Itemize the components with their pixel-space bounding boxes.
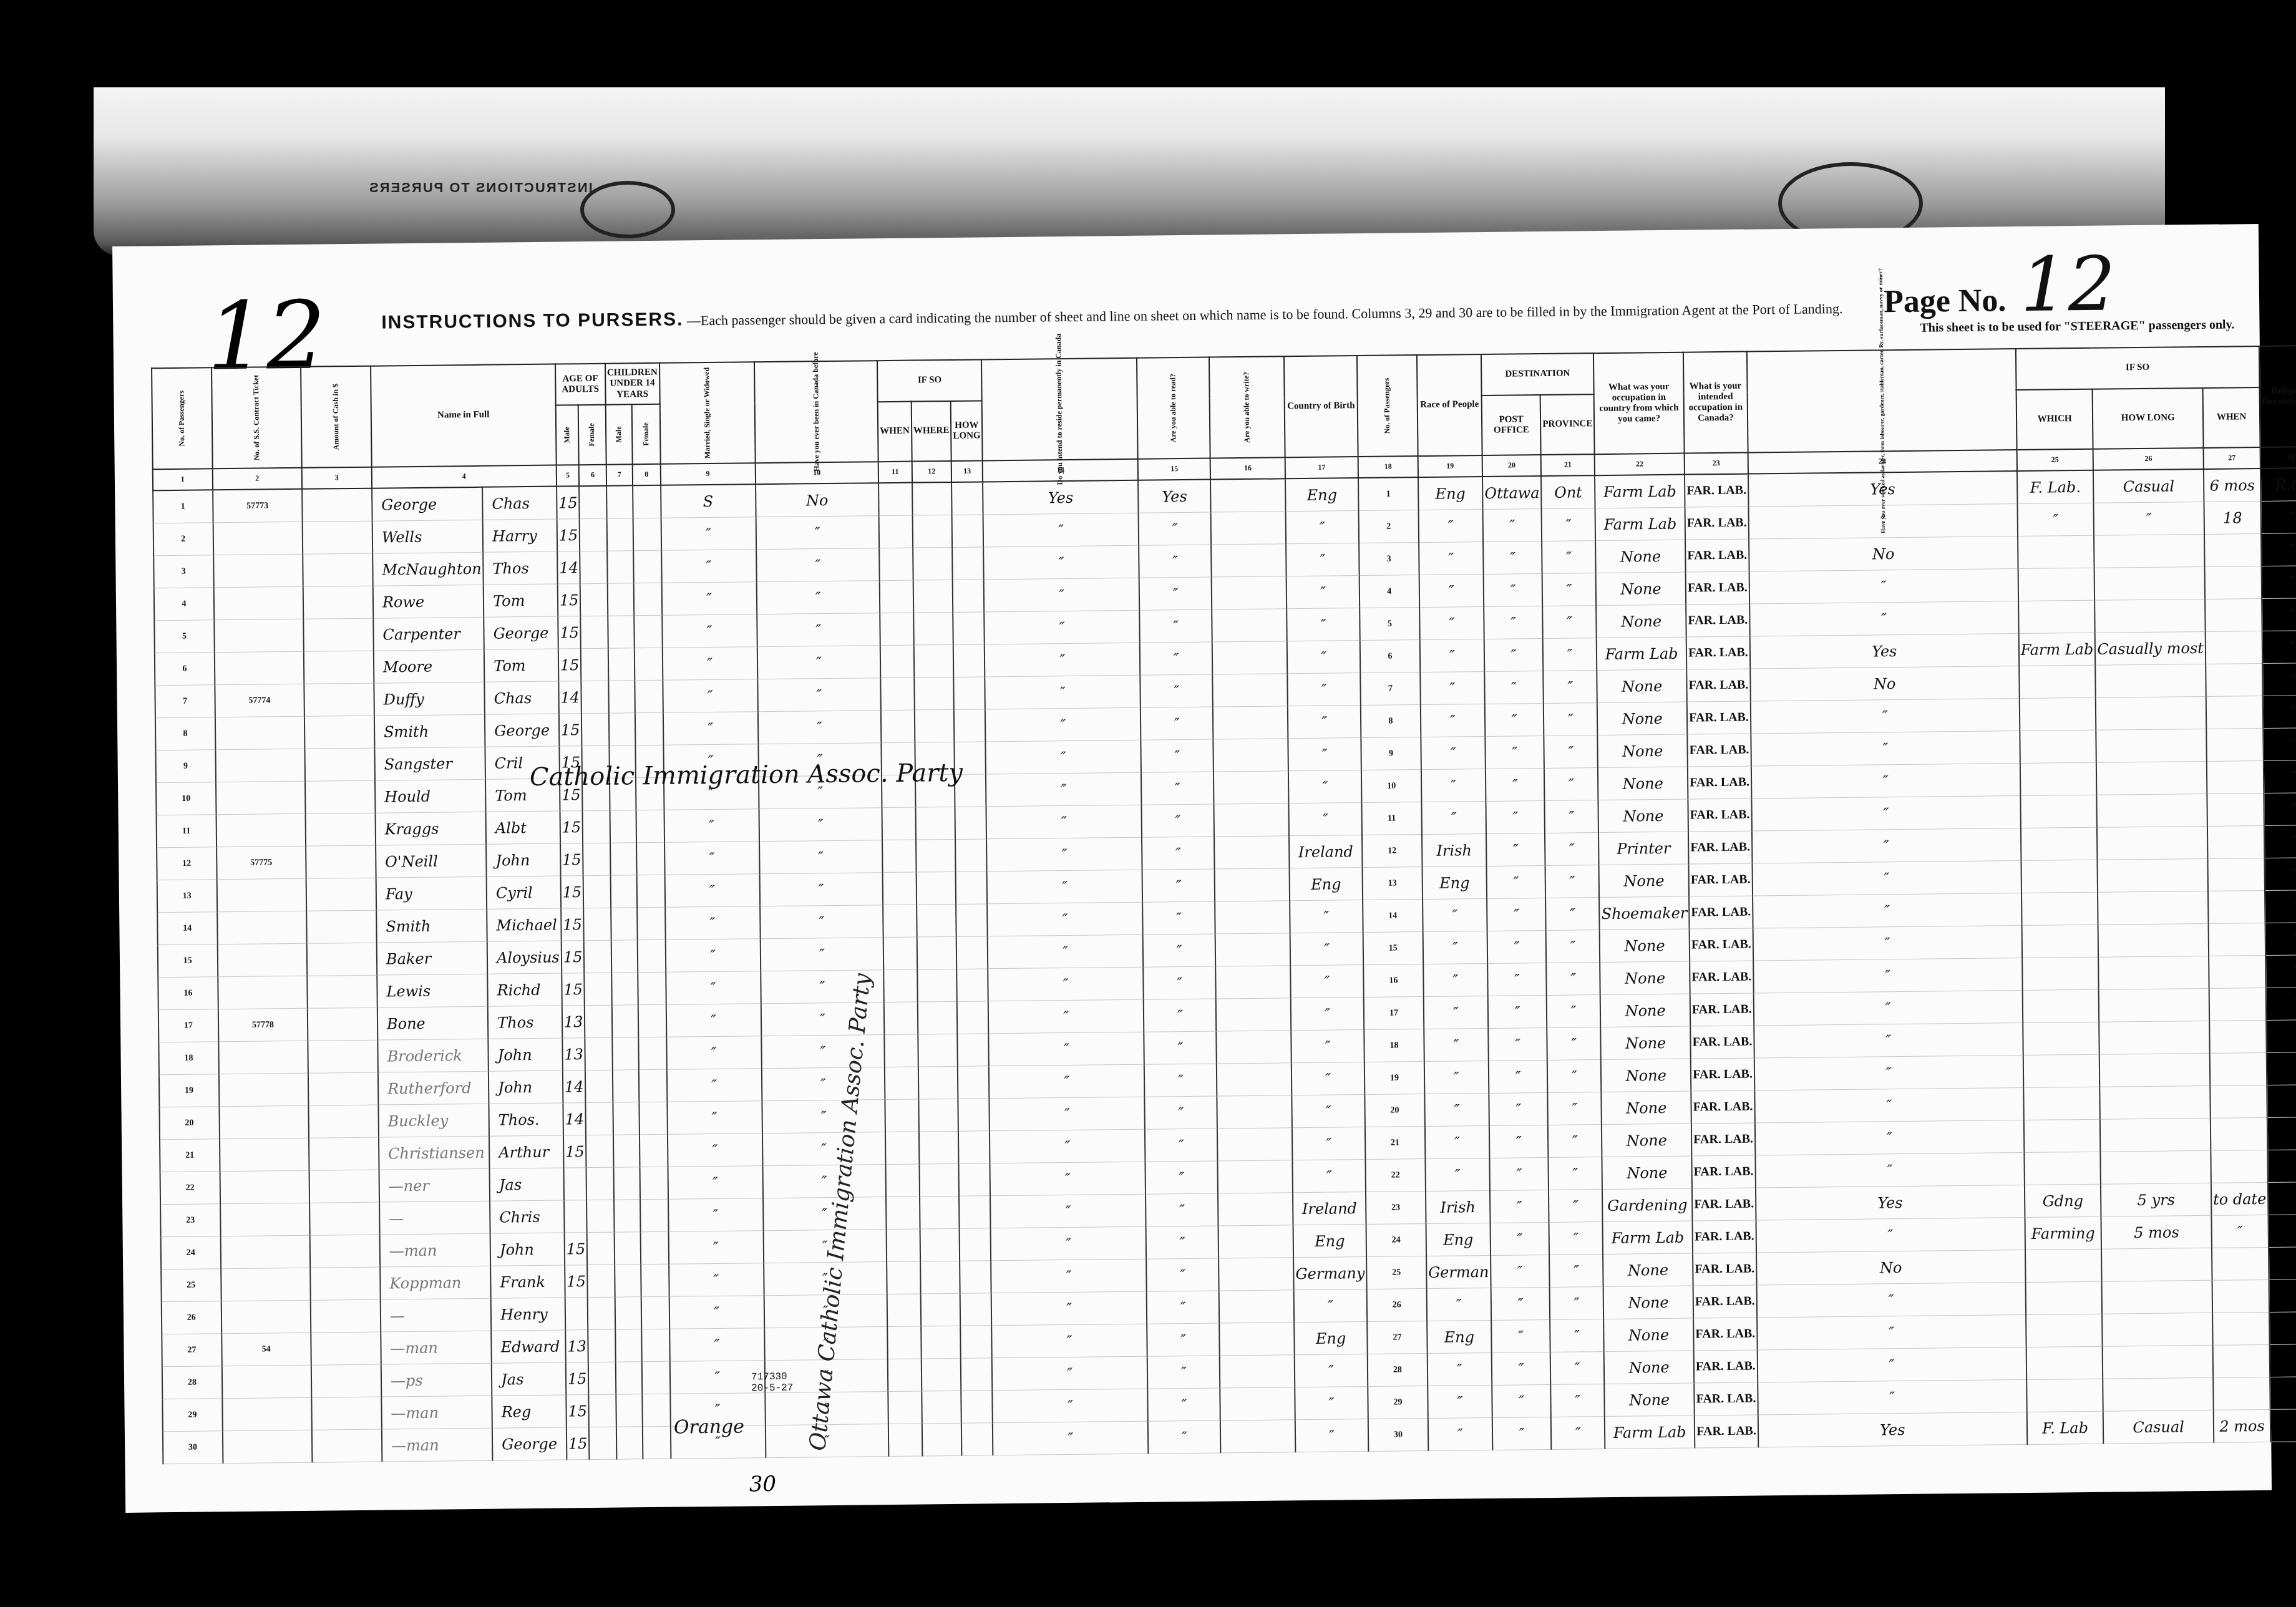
- cell-given: George: [492, 1427, 567, 1460]
- col-header-name: Name in Full: [371, 364, 557, 467]
- cell-age: 13: [562, 1006, 585, 1038]
- cell-empty: [913, 644, 953, 677]
- cell-which: [2023, 1087, 2100, 1120]
- cell-post-office: ″: [1483, 541, 1542, 575]
- cell-intended-occ: FAR. LAB.: [1685, 507, 1749, 540]
- cell-empty: [640, 1167, 668, 1199]
- cell-line: 15: [1363, 932, 1423, 965]
- cell-empty: [957, 1001, 989, 1034]
- cell-worked: ″: [1756, 1217, 2025, 1253]
- cell-line: 24: [161, 1236, 221, 1270]
- cell-when: [2209, 988, 2267, 1021]
- cell-given: George: [485, 714, 559, 747]
- cell-prev-occ: None: [1598, 767, 1688, 800]
- cell-empty: [634, 583, 662, 615]
- cell-empty: [607, 583, 634, 616]
- cell-empty: [1211, 544, 1286, 577]
- cell-worked: ″: [1754, 1056, 2023, 1091]
- cell-race: ″: [1427, 1352, 1492, 1386]
- cell-which: [2021, 860, 2098, 893]
- cell-empty: [1212, 576, 1287, 609]
- cell-read: ″: [1140, 674, 1213, 707]
- cell-ticket: [223, 1430, 313, 1463]
- cell-status: ″: [662, 647, 757, 681]
- cell-empty: [638, 1004, 666, 1037]
- cell-status: ″: [666, 1069, 762, 1102]
- cell-status: ″: [663, 712, 758, 745]
- cell-surname: —: [379, 1201, 490, 1235]
- cell-worked: ″: [1751, 796, 2020, 832]
- cell-surname: Smith: [374, 714, 485, 748]
- cell-ticket: 57778: [218, 1008, 308, 1041]
- cell-read: ″: [1141, 772, 1214, 805]
- cell-religion: ″: [2264, 825, 2296, 858]
- cell-empty: [635, 648, 663, 680]
- col-header-2: No. of S.S. Contract Ticket: [212, 367, 302, 469]
- cell-empty: [953, 644, 985, 677]
- cell-empty: [888, 1424, 922, 1457]
- cell-religion: ″: [2262, 663, 2296, 696]
- cell-empty: [920, 1196, 960, 1229]
- cell-how-long: Casually most: [2095, 631, 2206, 665]
- cell-empty: [951, 482, 983, 515]
- cell-given: Chris: [490, 1200, 564, 1233]
- cell-line: 30: [1368, 1419, 1428, 1452]
- cell-given: Albt: [486, 811, 560, 844]
- cell-empty: [608, 616, 635, 648]
- cell-post-office: ″: [1491, 1287, 1550, 1320]
- cell-empty: [641, 1264, 669, 1296]
- cell-race: ″: [1428, 1417, 1493, 1450]
- cell-line: 29: [1368, 1386, 1428, 1419]
- cell-status: ″: [664, 809, 759, 843]
- cell-how-long: [2098, 891, 2208, 925]
- cell-given: Chas: [482, 487, 557, 520]
- cell-age: 15: [562, 973, 585, 1006]
- cell-empty: [919, 1163, 959, 1197]
- cell-empty: [953, 580, 985, 613]
- cell-race: ″: [1423, 898, 1487, 931]
- cell-line: 10: [156, 782, 216, 815]
- cell-race: Eng: [1422, 866, 1487, 899]
- cell-how-long: [2102, 1280, 2212, 1314]
- cell-religion: ″: [2265, 954, 2296, 988]
- cell-line: 20: [159, 1107, 219, 1140]
- cell-age: 15: [560, 876, 583, 908]
- col-number-3: 3: [302, 467, 372, 489]
- cell-country: ″: [1286, 511, 1359, 544]
- col-number-19: 19: [1418, 455, 1482, 477]
- cell-intended-occ: FAR. LAB.: [1688, 766, 1751, 799]
- cell-ticket: [220, 1138, 309, 1171]
- cell-intend: ″: [990, 1194, 1146, 1228]
- cell-empty: [920, 1261, 960, 1294]
- cell-empty: [960, 1293, 992, 1326]
- cell-country: ″: [1291, 1062, 1364, 1095]
- cell-empty: [887, 1229, 920, 1262]
- cell-before: No: [756, 483, 879, 517]
- cell-empty: [641, 1296, 669, 1329]
- cell-given: George: [484, 616, 558, 649]
- cell-line: 17: [158, 1009, 218, 1042]
- cell-read: ″: [1142, 901, 1215, 935]
- cell-status: ″: [668, 1166, 763, 1200]
- cell-surname: Broderick: [377, 1039, 489, 1072]
- cell-age: [564, 1200, 587, 1233]
- cell-when: [2207, 825, 2265, 858]
- cell-when: [2206, 631, 2263, 664]
- col-header-20: POST OFFICE: [1482, 395, 1541, 455]
- col-header-23: What is your intended occupation in Cana…: [1683, 352, 1748, 454]
- cell-empty: [1214, 739, 1288, 772]
- cell-line: 6: [155, 653, 215, 686]
- cell-worked: No: [1750, 666, 2019, 702]
- cell-ticket: [222, 1397, 312, 1430]
- cell-empty: [581, 648, 608, 681]
- instructions-title: INSTRUCTIONS TO PURSERS.: [381, 309, 683, 333]
- cell-line: 5: [1360, 608, 1419, 641]
- cell-intend: ″: [992, 1356, 1147, 1391]
- cell-empty: [1218, 1160, 1293, 1193]
- cell-empty: [586, 1167, 614, 1200]
- cell-province: ″: [1549, 1255, 1603, 1288]
- cell-empty: [917, 969, 957, 1002]
- cell-intend: ″: [988, 935, 1143, 969]
- col-header-11: WHEN: [878, 402, 912, 462]
- cell-ticket: [216, 813, 306, 847]
- col-header-13: HOW LONG: [951, 401, 983, 461]
- cell-empty: [611, 940, 638, 973]
- cell-before: ″: [763, 1197, 887, 1231]
- cell-ticket: [217, 943, 307, 976]
- cell-line: 21: [1365, 1127, 1425, 1160]
- cell-age: 13: [565, 1330, 588, 1362]
- cell-intend: ″: [989, 1032, 1144, 1066]
- cell-empty: [880, 580, 913, 613]
- cell-line: 15: [158, 944, 218, 978]
- cell-post-office: ″: [1485, 736, 1544, 769]
- cell-status: ″: [662, 614, 757, 648]
- cell-how-long: [2096, 761, 2207, 795]
- cell-province: Ont: [1541, 475, 1595, 508]
- cell-line: 23: [1366, 1192, 1426, 1225]
- cell-intend: ″: [993, 1421, 1148, 1455]
- cell-province: ″: [1545, 800, 1599, 833]
- page-number-label: Page No.: [1884, 283, 2007, 319]
- cell-which: [2020, 730, 2096, 763]
- col-number-27: 27: [2204, 447, 2261, 469]
- cell-religion: ″: [2267, 1084, 2296, 1117]
- cell-province: ″: [1549, 1190, 1603, 1223]
- cell-which: ″: [2017, 503, 2094, 536]
- cell-empty: [610, 810, 636, 843]
- cell-which: F. Lab: [2026, 1411, 2103, 1444]
- instructions-to-pursers: INSTRUCTIONS TO PURSERS. —Each passenger…: [381, 297, 1842, 334]
- oval-stamp-faint: [580, 181, 675, 238]
- passenger-manifest-table: No. of Passengers No. of S.S. Contract T…: [151, 342, 2296, 1464]
- cell-empty: [584, 940, 611, 973]
- cell-country: Ireland: [1289, 835, 1362, 868]
- cell-empty: [1220, 1420, 1295, 1453]
- cell-age: 15: [565, 1265, 588, 1298]
- cell-age: 15: [563, 1135, 586, 1168]
- cell-age: 14: [563, 1103, 586, 1135]
- cell-worked: Yes: [1756, 1185, 2025, 1220]
- cell-prev-occ: None: [1604, 1351, 1694, 1384]
- cell-post-office: ″: [1487, 866, 1546, 899]
- cell-read: ″: [1145, 1129, 1218, 1162]
- cell-empty: [638, 1037, 666, 1069]
- cell-worked: ″: [1755, 1152, 2024, 1188]
- cell-empty: [878, 483, 912, 516]
- cell-empty: [957, 1034, 989, 1067]
- col-number-12: 12: [912, 461, 951, 483]
- cell-empty: [954, 709, 986, 742]
- cell-ticket: [219, 1073, 309, 1106]
- col-number-1: 1: [153, 469, 213, 490]
- cell-province: ″: [1548, 1092, 1602, 1125]
- cell-empty: [633, 485, 661, 518]
- cell-empty: [922, 1391, 961, 1424]
- col-header-8: Female: [632, 404, 661, 464]
- cell-age: 15: [564, 1233, 587, 1265]
- cell-how-long: Casual: [2093, 469, 2204, 503]
- cell-line: 6: [1360, 640, 1420, 673]
- cell-country: ″: [1288, 738, 1361, 771]
- cell-intended-occ: FAR. LAB.: [1687, 734, 1751, 767]
- cell-ticket: [220, 1203, 310, 1236]
- cell-status: ″: [665, 906, 761, 940]
- cell-empty: [311, 1364, 382, 1397]
- cell-empty: [608, 681, 635, 713]
- cell-race: ″: [1419, 607, 1484, 640]
- cell-province: ″: [1551, 1417, 1605, 1450]
- cell-empty: [586, 1135, 613, 1167]
- cell-empty: [615, 1297, 641, 1329]
- cell-empty: [960, 1326, 992, 1359]
- cell-ticket: [214, 619, 304, 652]
- col-number-16: 16: [1210, 457, 1285, 479]
- cell-empty: [633, 518, 661, 550]
- cell-when: ″: [2211, 1215, 2269, 1248]
- cell-post-office: ″: [1487, 963, 1547, 996]
- cell-surname: Wells: [372, 520, 484, 553]
- cell-empty: [922, 1423, 962, 1456]
- col-header-21: PROVINCE: [1540, 394, 1595, 455]
- cell-how-long: [2096, 729, 2207, 762]
- cell-worked: ″: [1756, 1282, 2025, 1318]
- cell-religion: [2270, 1409, 2296, 1442]
- cell-race: ″: [1428, 1385, 1492, 1418]
- cell-line: 7: [1360, 672, 1420, 706]
- cell-how-long: [2103, 1377, 2214, 1411]
- cell-empty: [883, 937, 917, 970]
- cell-empty: [1220, 1355, 1295, 1388]
- cell-given: Harry: [483, 519, 557, 552]
- cell-status: ″: [668, 1198, 764, 1232]
- cell-empty: [641, 1231, 669, 1264]
- cell-empty: [635, 712, 663, 745]
- cell-when: [2208, 923, 2265, 956]
- cell-country: ″: [1291, 998, 1364, 1031]
- cell-status: ″: [663, 679, 758, 713]
- instructions-text: —Each passenger should be given a card i…: [687, 301, 1843, 328]
- cell-ticket: 57775: [216, 846, 306, 879]
- cell-province: ″: [1543, 638, 1597, 671]
- cell-race: Eng: [1426, 1223, 1491, 1256]
- cell-empty: [1212, 641, 1287, 674]
- cell-intended-occ: FAR. LAB.: [1692, 1155, 1756, 1188]
- cell-empty: [961, 1358, 993, 1391]
- cell-prev-occ: None: [1598, 734, 1688, 768]
- cell-empty: [960, 1228, 991, 1261]
- cell-empty: [952, 515, 984, 548]
- cell-empty: [1217, 1063, 1291, 1096]
- cell-age: [565, 1298, 588, 1330]
- cell-empty: [581, 616, 608, 648]
- cell-empty: [639, 1102, 667, 1134]
- cell-ticket: [217, 911, 307, 944]
- cell-line: 10: [1361, 770, 1421, 803]
- cell-which: [2021, 827, 2098, 860]
- cell-surname: —ps: [381, 1363, 492, 1397]
- cell-race: ″: [1420, 672, 1485, 705]
- cell-line: 21: [160, 1139, 220, 1172]
- cell-intend: ″: [988, 967, 1144, 1001]
- cell-empty: [308, 1105, 379, 1138]
- cell-intended-occ: FAR. LAB.: [1694, 1350, 1758, 1383]
- cell-empty: [308, 1072, 379, 1105]
- cell-line: 24: [1366, 1224, 1426, 1257]
- cell-when: [2206, 663, 2263, 696]
- cell-age: 14: [563, 1071, 586, 1103]
- cell-line: 27: [1367, 1321, 1427, 1354]
- cell-surname: Lewis: [377, 974, 488, 1007]
- cell-religion: ″: [2261, 500, 2296, 533]
- cell-status: ″: [668, 1134, 763, 1167]
- cell-line: 12: [157, 847, 216, 880]
- cell-post-office: ″: [1487, 898, 1546, 931]
- cell-surname: Kraggs: [375, 812, 486, 845]
- cell-empty: [583, 810, 610, 843]
- cell-prev-occ: None: [1597, 669, 1687, 703]
- cell-surname: Christiansen: [379, 1136, 490, 1170]
- cell-how-long: [2099, 956, 2209, 989]
- cell-empty: [1215, 933, 1290, 966]
- cell-empty: [1216, 998, 1291, 1031]
- cell-line: 27: [162, 1334, 221, 1367]
- cell-line: 22: [160, 1172, 220, 1205]
- cell-empty: [880, 613, 913, 646]
- cell-given: Richd: [487, 973, 562, 1006]
- cell-prev-occ: Shoemaker: [1599, 896, 1689, 930]
- cell-which: Farm Lab: [2018, 633, 2095, 666]
- cell-province: ″: [1550, 1352, 1605, 1385]
- cell-province: ″: [1542, 541, 1596, 574]
- cell-intend: ″: [986, 740, 1141, 774]
- cell-read: Yes: [1138, 480, 1211, 513]
- passenger-rows: 157773GeorgeChas15SNoYesYesEng1EngOttawa…: [153, 465, 2296, 1464]
- cell-empty: [883, 872, 917, 905]
- cell-intend: ″: [987, 870, 1142, 904]
- cell-ticket: 57774: [215, 684, 304, 717]
- cell-surname: —: [381, 1298, 492, 1332]
- col-header-26: HOW LONG: [2093, 388, 2203, 449]
- cell-status: ″: [664, 874, 760, 908]
- cell-prev-occ: None: [1600, 929, 1690, 963]
- cell-religion: ″: [2266, 1019, 2296, 1052]
- cell-religion: ″: [2262, 598, 2296, 631]
- cell-empty: [1215, 901, 1290, 934]
- cell-surname: Sangster: [374, 747, 485, 780]
- cell-intended-occ: FAR. LAB.: [1693, 1220, 1756, 1253]
- cell-worked: No: [1749, 536, 2018, 572]
- cell-empty: [956, 871, 988, 905]
- cell-empty: [918, 1066, 958, 1099]
- cell-empty: [953, 677, 985, 710]
- cell-empty: [639, 1069, 667, 1102]
- cell-surname: Buckley: [378, 1104, 489, 1137]
- cell-empty: [615, 1329, 642, 1362]
- cell-read: ″: [1147, 1356, 1220, 1389]
- col-number-5: 5: [557, 465, 580, 486]
- cell-given: John: [490, 1233, 565, 1266]
- cell-empty: [956, 936, 988, 969]
- cell-empty: [611, 908, 638, 940]
- cell-intend: ″: [986, 805, 1142, 839]
- cell-religion: ″: [2262, 565, 2296, 598]
- col-number-2: 2: [212, 468, 302, 490]
- cell-empty: [310, 1235, 381, 1268]
- cell-intended-occ: FAR. LAB.: [1687, 701, 1751, 734]
- cell-empty: [961, 1423, 993, 1456]
- cell-surname: —man: [381, 1396, 492, 1429]
- cell-empty: [304, 683, 374, 716]
- cell-empty: [918, 1099, 958, 1132]
- cell-empty: [613, 1102, 640, 1135]
- col-number-4: 4: [372, 465, 557, 488]
- cell-religion: ″: [2269, 1279, 2296, 1312]
- cell-religion: ″: [2265, 890, 2296, 923]
- cell-race: ″: [1425, 1125, 1490, 1158]
- col-header-16: Are you able to write?: [1209, 356, 1285, 458]
- cell-empty: [960, 1261, 991, 1294]
- cell-intend: ″: [983, 545, 1139, 580]
- cell-empty: [303, 553, 373, 586]
- cell-province: ″: [1549, 1222, 1603, 1255]
- cell-empty: [880, 645, 914, 678]
- cell-how-long: [2097, 794, 2207, 827]
- cell-how-long: [2098, 858, 2208, 892]
- cell-which: [2018, 568, 2094, 601]
- cell-empty: [589, 1427, 616, 1459]
- cell-religion: ″: [2267, 1117, 2296, 1150]
- cell-line: 20: [1364, 1094, 1424, 1127]
- cell-before: ″: [756, 581, 880, 614]
- cell-ticket: [221, 1365, 311, 1398]
- cell-empty: [921, 1358, 961, 1391]
- cell-religion: ″: [2267, 1052, 2296, 1085]
- cell-read: ″: [1146, 1161, 1219, 1194]
- cell-when: [2212, 1247, 2269, 1280]
- cell-intend: ″: [992, 1324, 1147, 1358]
- cell-empty: [958, 1099, 990, 1132]
- cell-line: 25: [161, 1269, 221, 1302]
- cell-empty: [913, 612, 953, 645]
- col-header-27: WHEN: [2202, 387, 2260, 448]
- col-header-14: Do you intend to reside permanently in C…: [981, 358, 1137, 461]
- cell-how-long: [2100, 1118, 2211, 1152]
